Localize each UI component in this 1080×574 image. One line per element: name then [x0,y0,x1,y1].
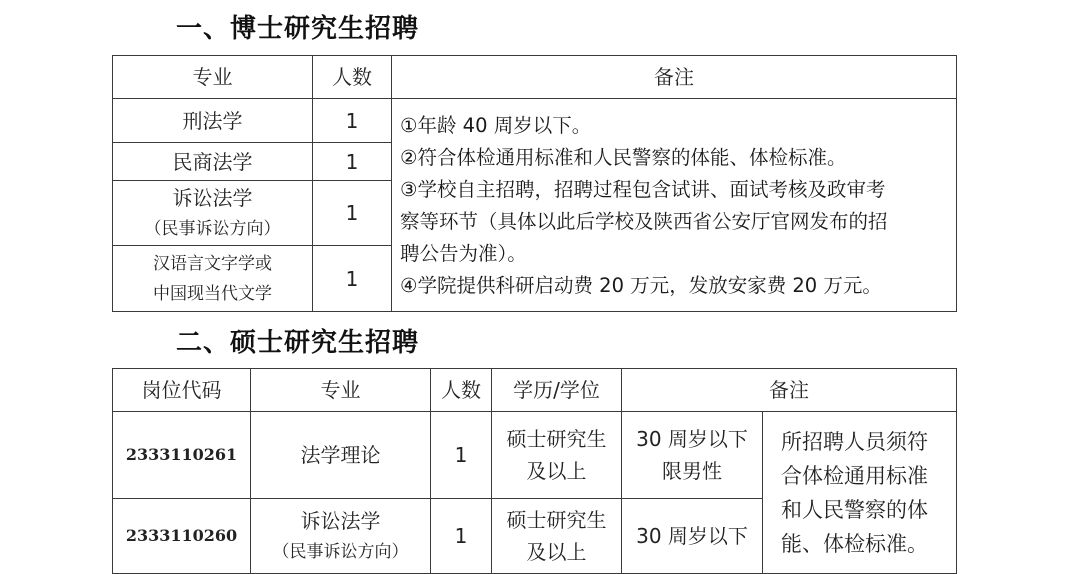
major-cell: 诉讼法学 （民事诉讼方向） [251,499,431,574]
note-line: ①年龄 40 周岁以下。 [400,110,950,142]
table-row: 刑法学 1 ①年龄 40 周岁以下。 ②符合体检通用标准和人民警察的体能、体检标… [113,99,957,143]
major-name: 诉讼法学 [113,182,312,214]
header-notes: 备注 [622,369,957,412]
note-line: ②符合体检通用标准和人民警察的体能、体检标准。 [400,142,950,174]
shared-remark-cell: 所招聘人员须符 合体检通用标准 和人民警察的体 能、体检标准。 [763,412,957,574]
header-count: 人数 [313,56,392,99]
major-cell: 汉语言文字学或 中国现当代文学 [113,246,313,312]
count-cell: 1 [431,412,492,499]
header-post-code: 岗位代码 [113,369,251,412]
remark-line: 和人民警察的体 [781,493,942,527]
degree-line: 硕士研究生 [492,423,621,455]
note-line: ③学校自主招聘，招聘过程包含试讲、面试考核及政审考 [400,174,950,206]
condition-cell: 30 周岁以下 [622,499,763,574]
section-1-heading: 一、博士研究生招聘 [176,8,419,45]
degree-line: 及以上 [492,455,621,487]
notes-cell: ①年龄 40 周岁以下。 ②符合体检通用标准和人民警察的体能、体检标准。 ③学校… [392,99,957,312]
major-cell: 刑法学 [113,99,313,143]
degree-line: 硕士研究生 [492,504,621,536]
degree-cell: 硕士研究生 及以上 [492,412,622,499]
remark-line: 能、体检标准。 [781,527,942,561]
major-cell: 法学理论 [251,412,431,499]
major-cell: 诉讼法学 （民事诉讼方向） [113,181,313,246]
table-header-row: 岗位代码 专业 人数 学历/学位 备注 [113,369,957,412]
header-major: 专业 [251,369,431,412]
remark-line: 合体检通用标准 [781,459,942,493]
major-name: 汉语言文字学或 [113,249,312,279]
count-cell: 1 [431,499,492,574]
degree-line: 及以上 [492,536,621,568]
condition-cell: 30 周岁以下 限男性 [622,412,763,499]
phd-recruitment-table: 专业 人数 备注 刑法学 1 ①年龄 40 周岁以下。 ②符合体检通用标准和人民… [112,55,957,312]
major-direction: （民事诉讼方向） [251,537,430,567]
header-major: 专业 [113,56,313,99]
count-cell: 1 [313,181,392,246]
table-row: 2333110261 法学理论 1 硕士研究生 及以上 30 周岁以下 限男性 … [113,412,957,499]
major-name-alt: 中国现当代文学 [113,279,312,309]
post-code-cell: 2333110260 [113,499,251,574]
remark-line: 所招聘人员须符 [781,425,942,459]
condition-line: 30 周岁以下 [622,423,762,455]
table-header-row: 专业 人数 备注 [113,56,957,99]
header-notes: 备注 [392,56,957,99]
count-cell: 1 [313,99,392,143]
masters-recruitment-table: 岗位代码 专业 人数 学历/学位 备注 2333110261 法学理论 1 硕士… [112,368,957,574]
section-2-heading: 二、硕士研究生招聘 [176,322,419,359]
note-line: 聘公告为准）。 [400,238,950,270]
note-line: 察等环节（具体以此后学校及陕西省公安厅官网发布的招 [400,206,950,238]
count-cell: 1 [313,143,392,181]
note-line: ④学院提供科研启动费 20 万元，发放安家费 20 万元。 [400,270,950,302]
header-degree: 学历/学位 [492,369,622,412]
post-code-cell: 2333110261 [113,412,251,499]
degree-cell: 硕士研究生 及以上 [492,499,622,574]
count-cell: 1 [313,246,392,312]
condition-line: 限男性 [622,455,762,487]
major-name: 诉讼法学 [251,505,430,537]
major-direction: （民事诉讼方向） [113,214,312,244]
header-count: 人数 [431,369,492,412]
major-cell: 民商法学 [113,143,313,181]
